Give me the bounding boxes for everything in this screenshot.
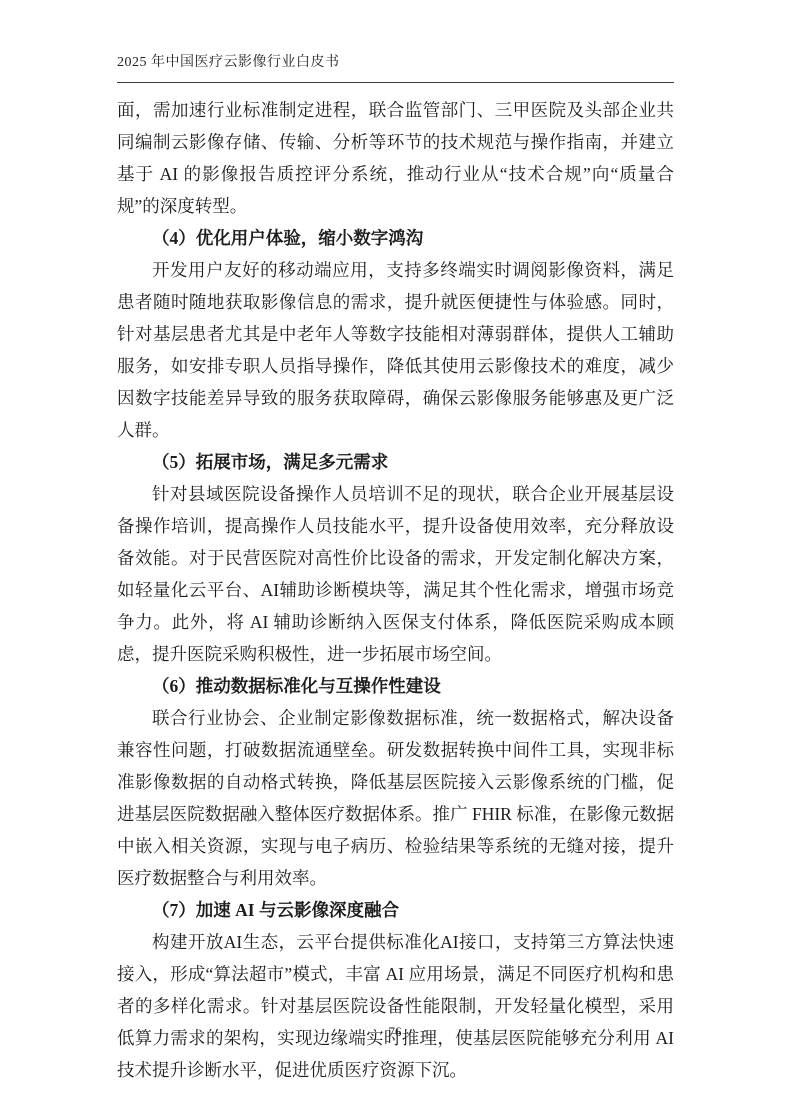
section-heading-7: （7）加速 AI 与云影像深度融合 — [117, 894, 674, 926]
page-header: 2025 年中国医疗云影像行业白皮书 — [117, 54, 674, 83]
paragraph-section-4: 开发用户友好的移动端应用，支持多终端实时调阅影像资料，满足患者随时随地获取影像信… — [117, 254, 674, 446]
paragraph-section-6: 联合行业协会、企业制定影像数据标准，统一数据格式，解决设备兼容性问题，打破数据流… — [117, 702, 674, 894]
paragraph-continuation: 面，需加速行业标准制定进程，联合监管部门、三甲医院及头部企业共同编制云影像存储、… — [117, 94, 674, 222]
page-number: 76 — [389, 1024, 402, 1039]
document-page: 2025 年中国医疗云影像行业白皮书 面，需加速行业标准制定进程，联合监管部门、… — [0, 0, 790, 1117]
document-body: 面，需加速行业标准制定进程，联合监管部门、三甲医院及头部企业共同编制云影像存储、… — [117, 94, 674, 1086]
section-heading-5: （5）拓展市场，满足多元需求 — [117, 446, 674, 478]
paragraph-section-7: 构建开放AI生态，云平台提供标准化AI接口，支持第三方算法快速接入，形成“算法超… — [117, 926, 674, 1086]
running-header-title: 2025 年中国医疗云影像行业白皮书 — [117, 54, 674, 72]
paragraph-section-5: 针对县域医院设备操作人员培训不足的现状，联合企业开展基层设备操作培训，提高操作人… — [117, 478, 674, 670]
section-heading-4: （4）优化用户体验，缩小数字鸿沟 — [117, 222, 674, 254]
page-footer: 76 — [0, 1024, 790, 1040]
header-divider — [117, 82, 674, 83]
section-heading-6: （6）推动数据标准化与互操作性建设 — [117, 670, 674, 702]
